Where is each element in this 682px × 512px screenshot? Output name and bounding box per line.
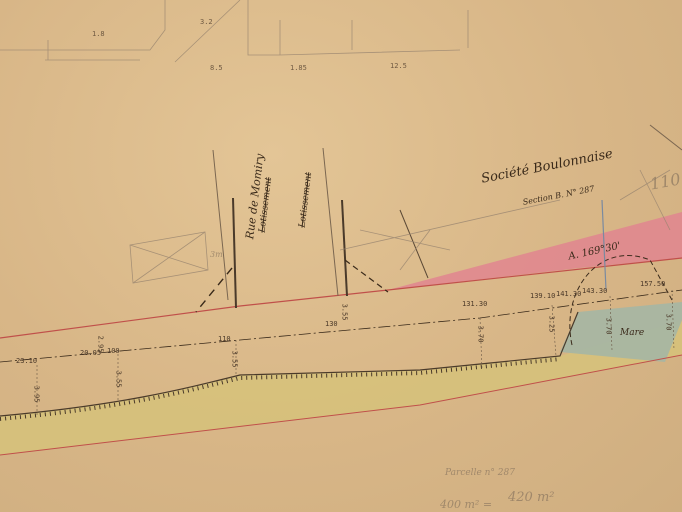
chainage-label: 139.10 [530, 292, 555, 300]
chainage-label: 157.50 [640, 280, 665, 288]
bottom-note-area: 420 m² [508, 490, 554, 505]
bottom-note-parcel: Parcelle n° 287 [445, 468, 515, 478]
chainage-label: 131.30 [462, 300, 487, 308]
sketch-label: 1.85 [290, 64, 307, 72]
offset-label: 3.55 [230, 351, 238, 368]
chainage-label: 141.30 [556, 290, 581, 298]
pond-label: Mare [620, 328, 644, 338]
chainage-label: 143.30 [582, 287, 607, 295]
chainage-label: 100 [107, 347, 120, 355]
dimension-3m: 3m [210, 250, 223, 259]
chainage-label: 110 [218, 335, 231, 343]
chainage-label: 23.10 [16, 357, 37, 365]
offset-label: 3.70 [604, 318, 612, 335]
sketch-label: 12.5 [390, 62, 407, 70]
sketch-label: 3.2 [200, 18, 213, 26]
offset-label: 3.55 [340, 304, 348, 321]
offset-label: 3.95 [32, 386, 40, 403]
survey-plan: Société Boulonnaise Section B. N° 287 11… [0, 0, 682, 512]
pink-strip [388, 212, 682, 290]
offset-label: 3.70 [664, 314, 672, 331]
sketch-label: 8.5 [210, 64, 223, 72]
offset-label: 3.25 [547, 316, 555, 333]
offset-label: 2.95 [96, 336, 104, 353]
chainage-label: 130 [325, 320, 338, 328]
offset-label: 3.70 [476, 326, 484, 343]
offset-label: 3.55 [114, 371, 122, 388]
bottom-note-area-prefix: 400 m² = [440, 498, 492, 511]
sketch-label: 1.8 [92, 30, 105, 38]
